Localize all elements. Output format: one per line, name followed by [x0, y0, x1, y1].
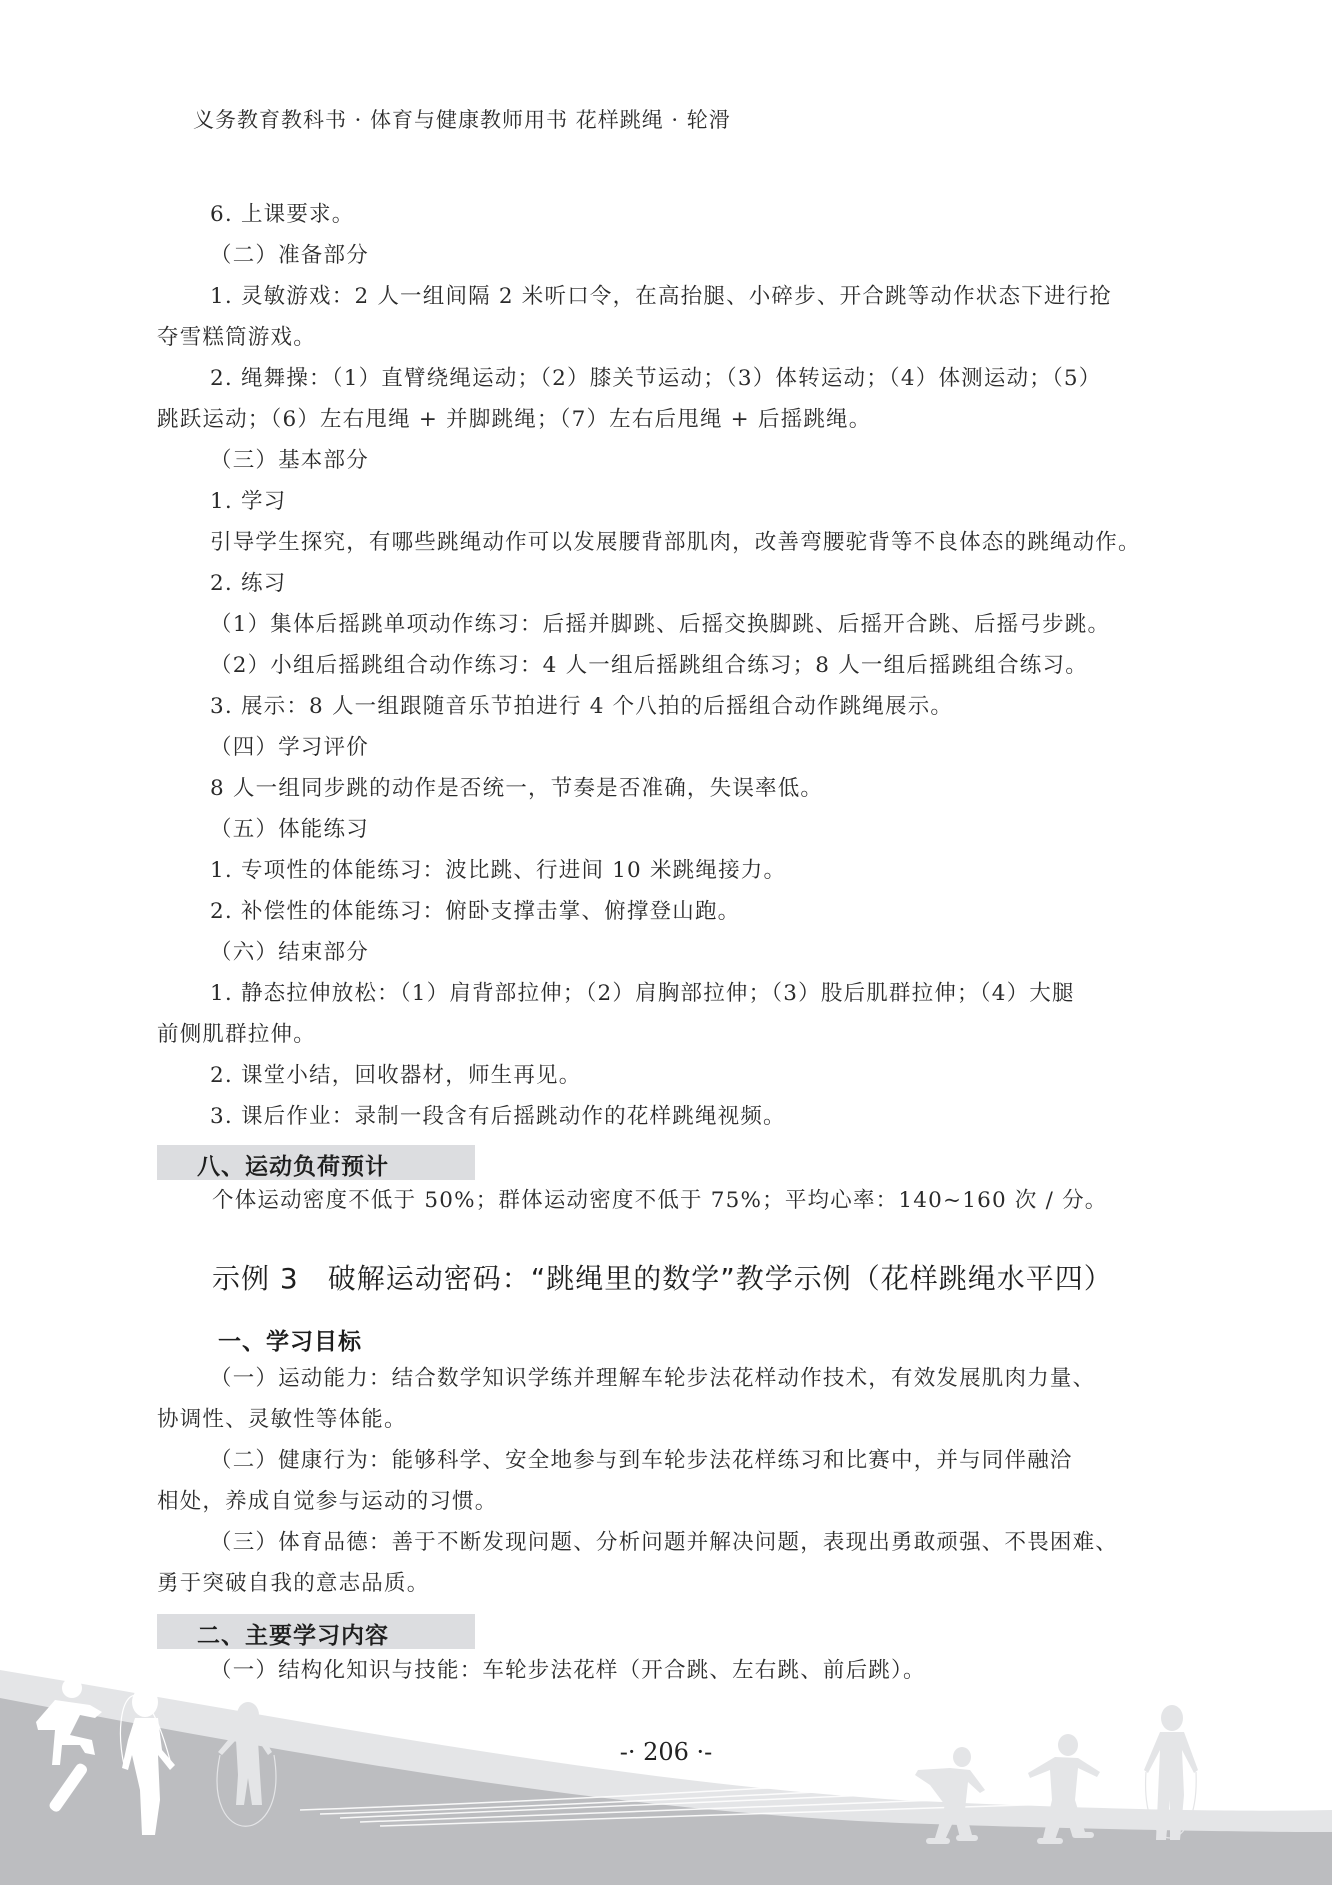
page-number: -· 206 ·-	[0, 1738, 1332, 1766]
paragraph-line: （二）健康行为：能够科学、安全地参与到车轮步法花样练习和比赛中，并与同伴融洽	[210, 1446, 1073, 1476]
paragraph-line: 8 人一组同步跳的动作是否统一，节奏是否准确，失误率低。	[210, 774, 823, 804]
paragraph-line: 2. 绳舞操：（1）直臂绕绳运动；（2）膝关节运动；（3）体转运动；（4）体测运…	[210, 364, 1102, 394]
paragraph-line: （三）体育品德：善于不断发现问题、分析问题并解决问题，表现出勇敢顽强、不畏困难、	[210, 1528, 1118, 1558]
paragraph-line: 相处，养成自觉参与运动的习惯。	[157, 1487, 498, 1517]
paragraph-line: （五）体能练习	[210, 815, 369, 845]
paragraph-line: （1）集体后摇跳单项动作练习：后摇并脚跳、后摇交换脚跳、后摇开合跳、后摇弓步跳。	[210, 610, 1110, 640]
paragraph-line: 6. 上课要求。	[210, 200, 354, 230]
paragraph-line: 1. 学习	[210, 487, 286, 517]
paragraph-line: （三）基本部分	[210, 446, 369, 476]
paragraph-line: 3. 展示：8 人一组跟随音乐节拍进行 4 个八拍的后摇组合动作跳绳展示。	[210, 692, 953, 722]
paragraph-line: 引导学生探究，有哪些跳绳动作可以发展腰背部肌肉，改善弯腰驼背等不良体态的跳绳动作…	[210, 528, 1141, 558]
example-title: 示例 3 破解运动密码：“跳绳里的数学”教学示例（花样跳绳水平四）	[212, 1257, 1113, 1297]
paragraph-line: （2）小组后摇跳组合动作练习：4 人一组后摇跳组合练习；8 人一组后摇跳组合练习…	[210, 651, 1088, 681]
section-heading-bar: 二、主要学习内容	[157, 1614, 475, 1649]
paragraph-line: （六）结束部分	[210, 938, 369, 968]
section-heading-bar: 八、运动负荷预计	[157, 1145, 475, 1180]
running-head: 义务教育教科书 · 体育与健康教师用书 花样跳绳 · 轮滑	[193, 104, 731, 134]
paragraph-line: 1. 灵敏游戏：2 人一组间隔 2 米听口令，在高抬腿、小碎步、开合跳等动作状态…	[210, 282, 1112, 312]
paragraph-line: 2. 补偿性的体能练习：俯卧支撑击掌、俯撑登山跑。	[210, 897, 740, 927]
paragraph-line: 2. 练习	[210, 569, 286, 599]
section-heading-load-estimate: 八、运动负荷预计	[197, 1148, 389, 1181]
paragraph-line: 2. 课堂小结，回收器材，师生再见。	[210, 1061, 581, 1091]
paragraph-line: 跳跃运动；（6）左右甩绳 + 并脚跳绳；（7）左右后甩绳 + 后摇跳绳。	[157, 405, 871, 435]
paragraph-line: 夺雪糕筒游戏。	[157, 323, 316, 353]
paragraph-line: （二）准备部分	[210, 241, 369, 271]
paragraph-line: 1. 专项性的体能练习：波比跳、行进间 10 米跳绳接力。	[210, 856, 786, 886]
paragraph-line: 前侧肌群拉伸。	[157, 1020, 316, 1050]
paragraph-load-estimate: 个体运动密度不低于 50%；群体运动密度不低于 75%；平均心率：140~160…	[212, 1186, 1107, 1216]
paragraph-line: 勇于突破自我的意志品质。	[157, 1569, 429, 1599]
section-heading-learning-goals: 一、学习目标	[218, 1323, 362, 1356]
section-heading-main-content: 二、主要学习内容	[197, 1617, 389, 1650]
paragraph-line: 协调性、灵敏性等体能。	[157, 1405, 407, 1435]
footer-decoration	[0, 1660, 1332, 1885]
paragraph-line: 1. 静态拉伸放松：（1）肩背部拉伸；（2）肩胸部拉伸；（3）股后肌群拉伸；（4…	[210, 979, 1075, 1009]
paragraph-line: （四）学习评价	[210, 733, 369, 763]
paragraph-line: （一）运动能力：结合数学知识学练并理解车轮步法花样动作技术，有效发展肌肉力量、	[210, 1364, 1095, 1394]
paragraph-line: 3. 课后作业：录制一段含有后摇跳动作的花样跳绳视频。	[210, 1102, 786, 1132]
